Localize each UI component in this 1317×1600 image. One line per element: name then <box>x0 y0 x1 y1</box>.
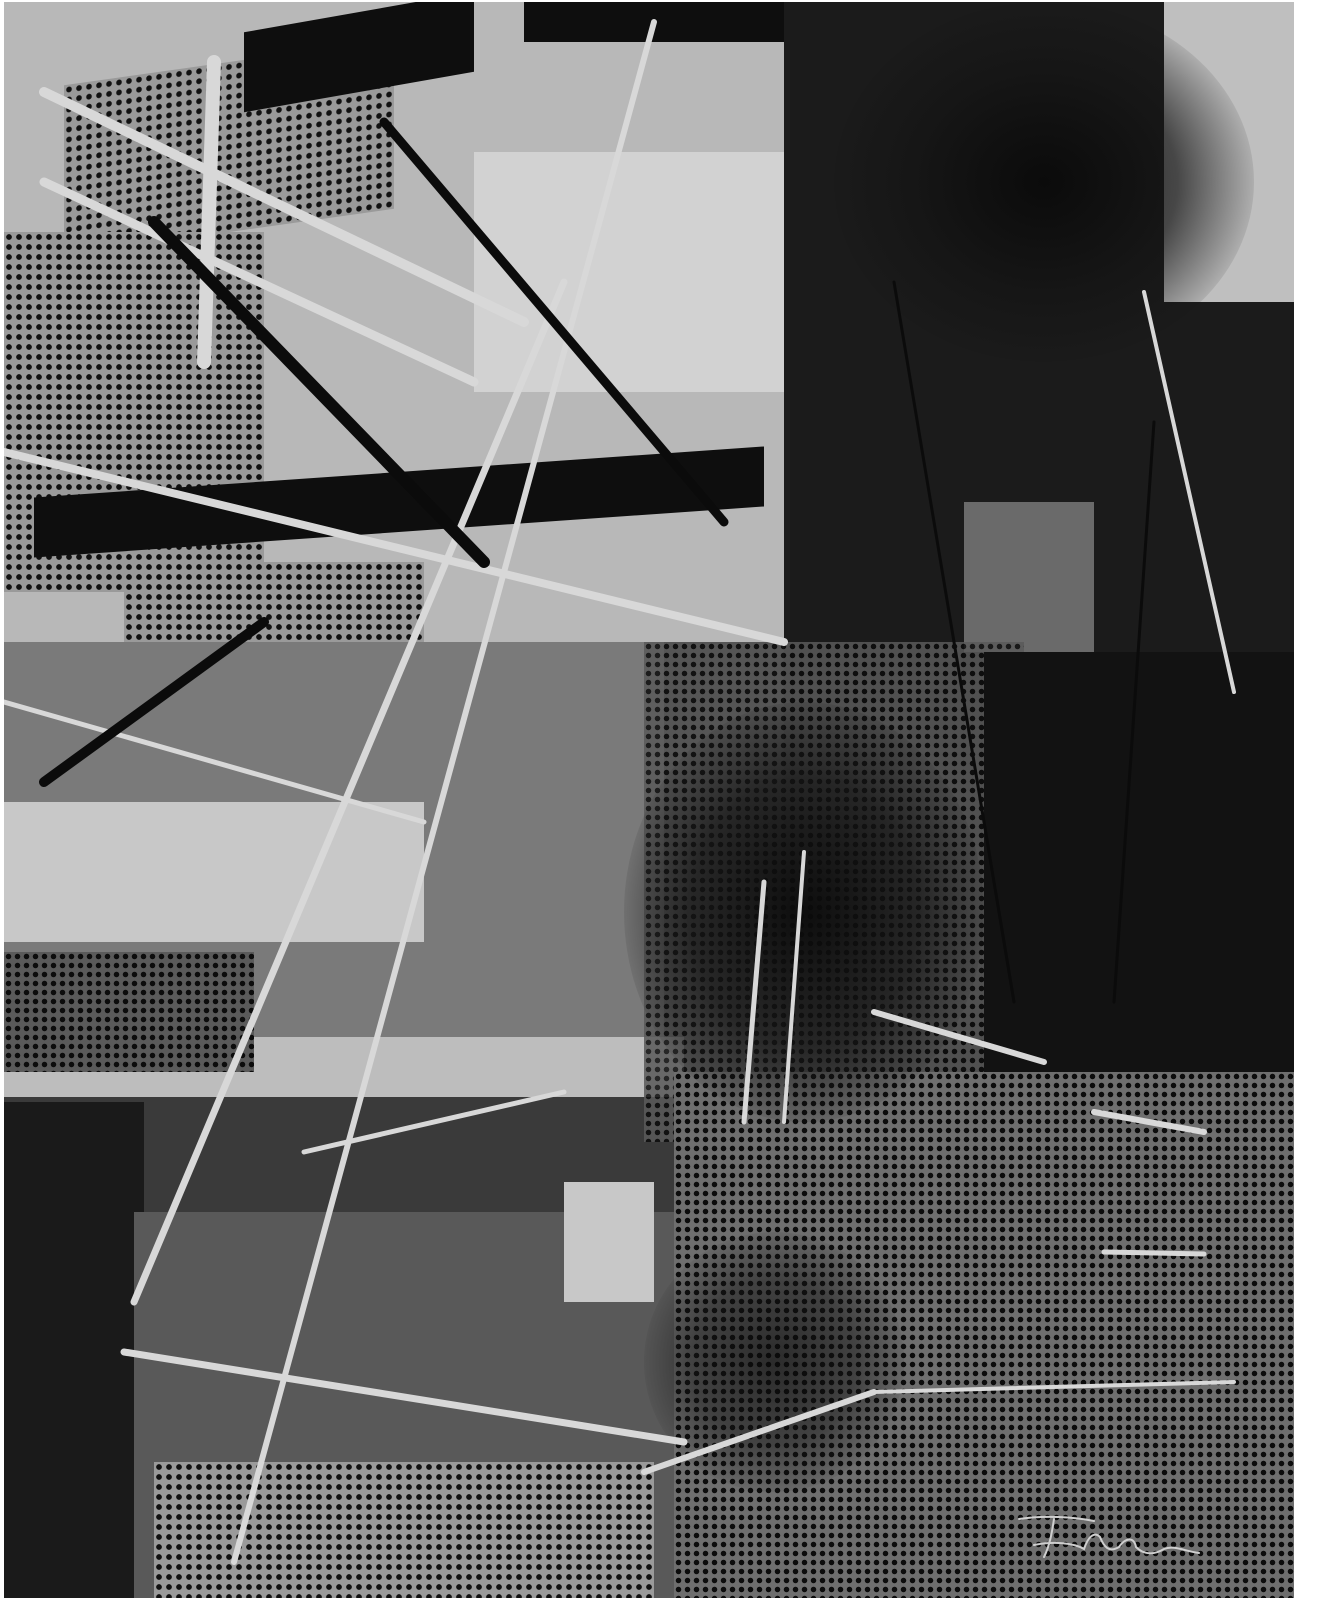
gestural-strokes <box>4 2 1294 1598</box>
artwork-canvas <box>4 2 1294 1598</box>
signature-scrawl-icon <box>1014 1507 1204 1567</box>
artwork <box>0 0 1317 1600</box>
artist-signature <box>1014 1507 1204 1567</box>
